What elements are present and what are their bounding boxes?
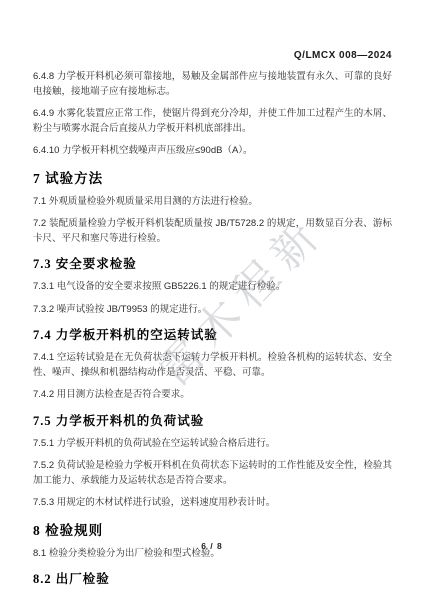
clause-7-1: 7.1 外观质量检验外观质量采用目测的方法进行检验。: [33, 195, 392, 210]
clause-7-4-1: 7.4.1 空运转试验是在无负荷状态下运转力学板开料机。检验各机构的运转状态、安…: [33, 351, 392, 380]
section-7-3-heading: 7.3 安全要求检验: [33, 254, 392, 272]
clause-7-5-3: 7.5.3 用规定的木材试样进行试验，送料速度用秒表计时。: [33, 496, 392, 511]
doc-code: Q/LMCX 008—2024: [294, 50, 392, 61]
page-header: Q/LMCX 008—2024: [33, 50, 392, 61]
section-7-5-heading: 7.5 力学板开料机的负荷试验: [33, 411, 392, 429]
clause-7-5-2: 7.5.2 负荷试验是检验力学板开料机在负荷状态下运转时的工作性能及安全性，检验…: [33, 459, 392, 488]
clause-7-5-1: 7.5.1 力学板开料机的负荷试验在空运转试验合格后进行。: [33, 437, 392, 452]
clause-7-2: 7.2 装配质量检验力学板开料机装配质量按 JB/T5728.2 的规定，用数显…: [33, 217, 392, 246]
document-body: 6.4.8 力学板开料机必须可靠接地，易触及金属部件应与接地装置有永久、可靠的良…: [33, 70, 392, 587]
section-7-4-heading: 7.4 力学板开料机的空运转试验: [33, 325, 392, 343]
section-7-heading: 7 试验方法: [33, 167, 392, 187]
clause-8-1: 8.1 检验分类检验分为出厂检验和型式检验。: [33, 547, 392, 562]
section-8-heading: 8 检验规则: [33, 519, 392, 539]
clause-6-4-8: 6.4.8 力学板开料机必须可靠接地，易触及金属部件应与接地装置有永久、可靠的良…: [33, 70, 392, 99]
clause-7-4-2: 7.4.2 用目测方法检查是否符合要求。: [33, 388, 392, 403]
clause-6-4-10: 6.4.10 力学板开料机空载噪声声压级应≤90dB（A）。: [33, 144, 392, 159]
document-page: 雷木程新 Q/LMCX 008—2024 6.4.8 力学板开料机必须可靠接地，…: [0, 0, 424, 600]
clause-6-4-9: 6.4.9 水雾化装置应正常工作，使锯片得到充分冷却，并使工件加工过程产生的木屑…: [33, 107, 392, 136]
clause-7-3-1: 7.3.1 电气设备的安全要求按照 GB5226.1 的规定进行检验。: [33, 280, 392, 295]
clause-7-3-2: 7.3.2 噪声试验按 JB/T9953 的规定进行。: [33, 303, 392, 318]
section-8-2-heading: 8.2 出厂检验: [33, 569, 392, 587]
